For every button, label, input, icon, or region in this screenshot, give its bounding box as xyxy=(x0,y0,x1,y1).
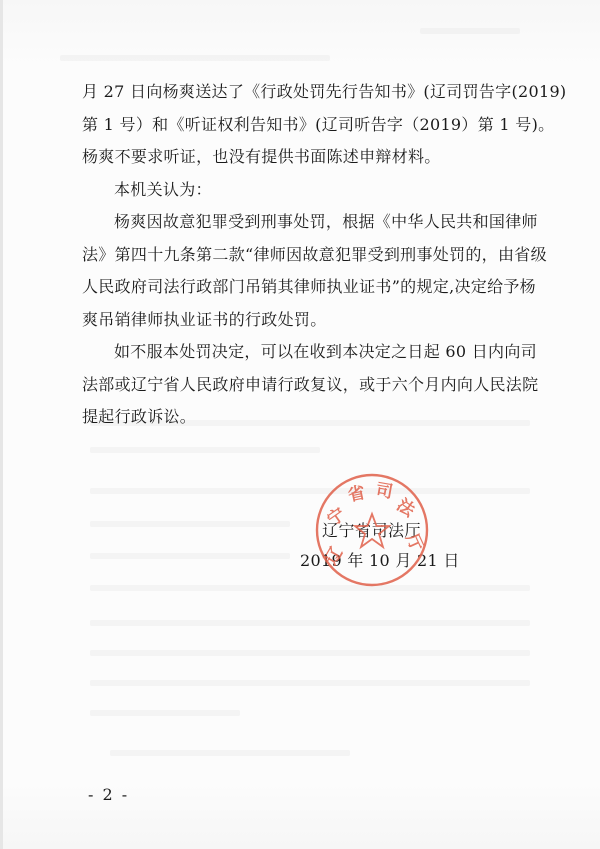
paragraph-line: 杨爽不要求听证，也没有提供书面陈述申辩材料。 xyxy=(82,141,518,174)
show-through xyxy=(90,553,290,559)
paragraph-line: 人民政府司法行政部门吊销其律师执业证书”的规定,决定给予杨 xyxy=(82,271,518,304)
page-number: - 2 - xyxy=(88,785,129,804)
show-through xyxy=(90,680,530,686)
paragraph-line: 法》第四十九条第二款“律师因故意犯罪受到刑事处罚的，由省级 xyxy=(82,239,518,272)
scan-edge xyxy=(0,0,3,849)
paragraph-line: 法部或辽宁省人民政府申请行政复议，或于六个月内向人民法院 xyxy=(82,369,518,402)
paragraph-line: 第 1 号）和《听证权利告知书》(辽司听告字（2019）第 1 号)。 xyxy=(82,109,518,142)
show-through xyxy=(420,28,520,34)
paragraph-line: 月 27 日向杨爽送达了《行政处罚先行告知书》(辽司罚告字(2019) xyxy=(82,76,518,109)
document-page: 月 27 日向杨爽送达了《行政处罚先行告知书》(辽司罚告字(2019) 第 1 … xyxy=(0,0,600,849)
document-body: 月 27 日向杨爽送达了《行政处罚先行告知书》(辽司罚告字(2019) 第 1 … xyxy=(82,76,518,434)
paragraph-line: 杨爽因故意犯罪受到刑事处罚，根据《中华人民共和国律师 xyxy=(82,206,518,239)
show-through xyxy=(90,488,530,494)
show-through xyxy=(90,710,240,716)
show-through xyxy=(90,521,290,527)
paragraph-line: 爽吊销律师执业证书的行政处罚。 xyxy=(82,304,518,337)
signing-date: 2019 年 10 月 21 日 xyxy=(300,548,460,571)
show-through xyxy=(90,447,320,453)
show-through xyxy=(110,750,350,756)
paragraph-line: 如不服本处罚决定，可以在收到本决定之日起 60 日内向司 xyxy=(82,336,518,369)
signing-organization: 辽宁省司法厅 xyxy=(322,518,421,541)
paragraph-line: 本机关认为： xyxy=(82,174,518,207)
show-through xyxy=(60,55,330,61)
show-through xyxy=(90,650,530,656)
show-through xyxy=(90,585,530,591)
show-through xyxy=(90,620,530,626)
paragraph-line: 提起行政诉讼。 xyxy=(82,401,518,434)
